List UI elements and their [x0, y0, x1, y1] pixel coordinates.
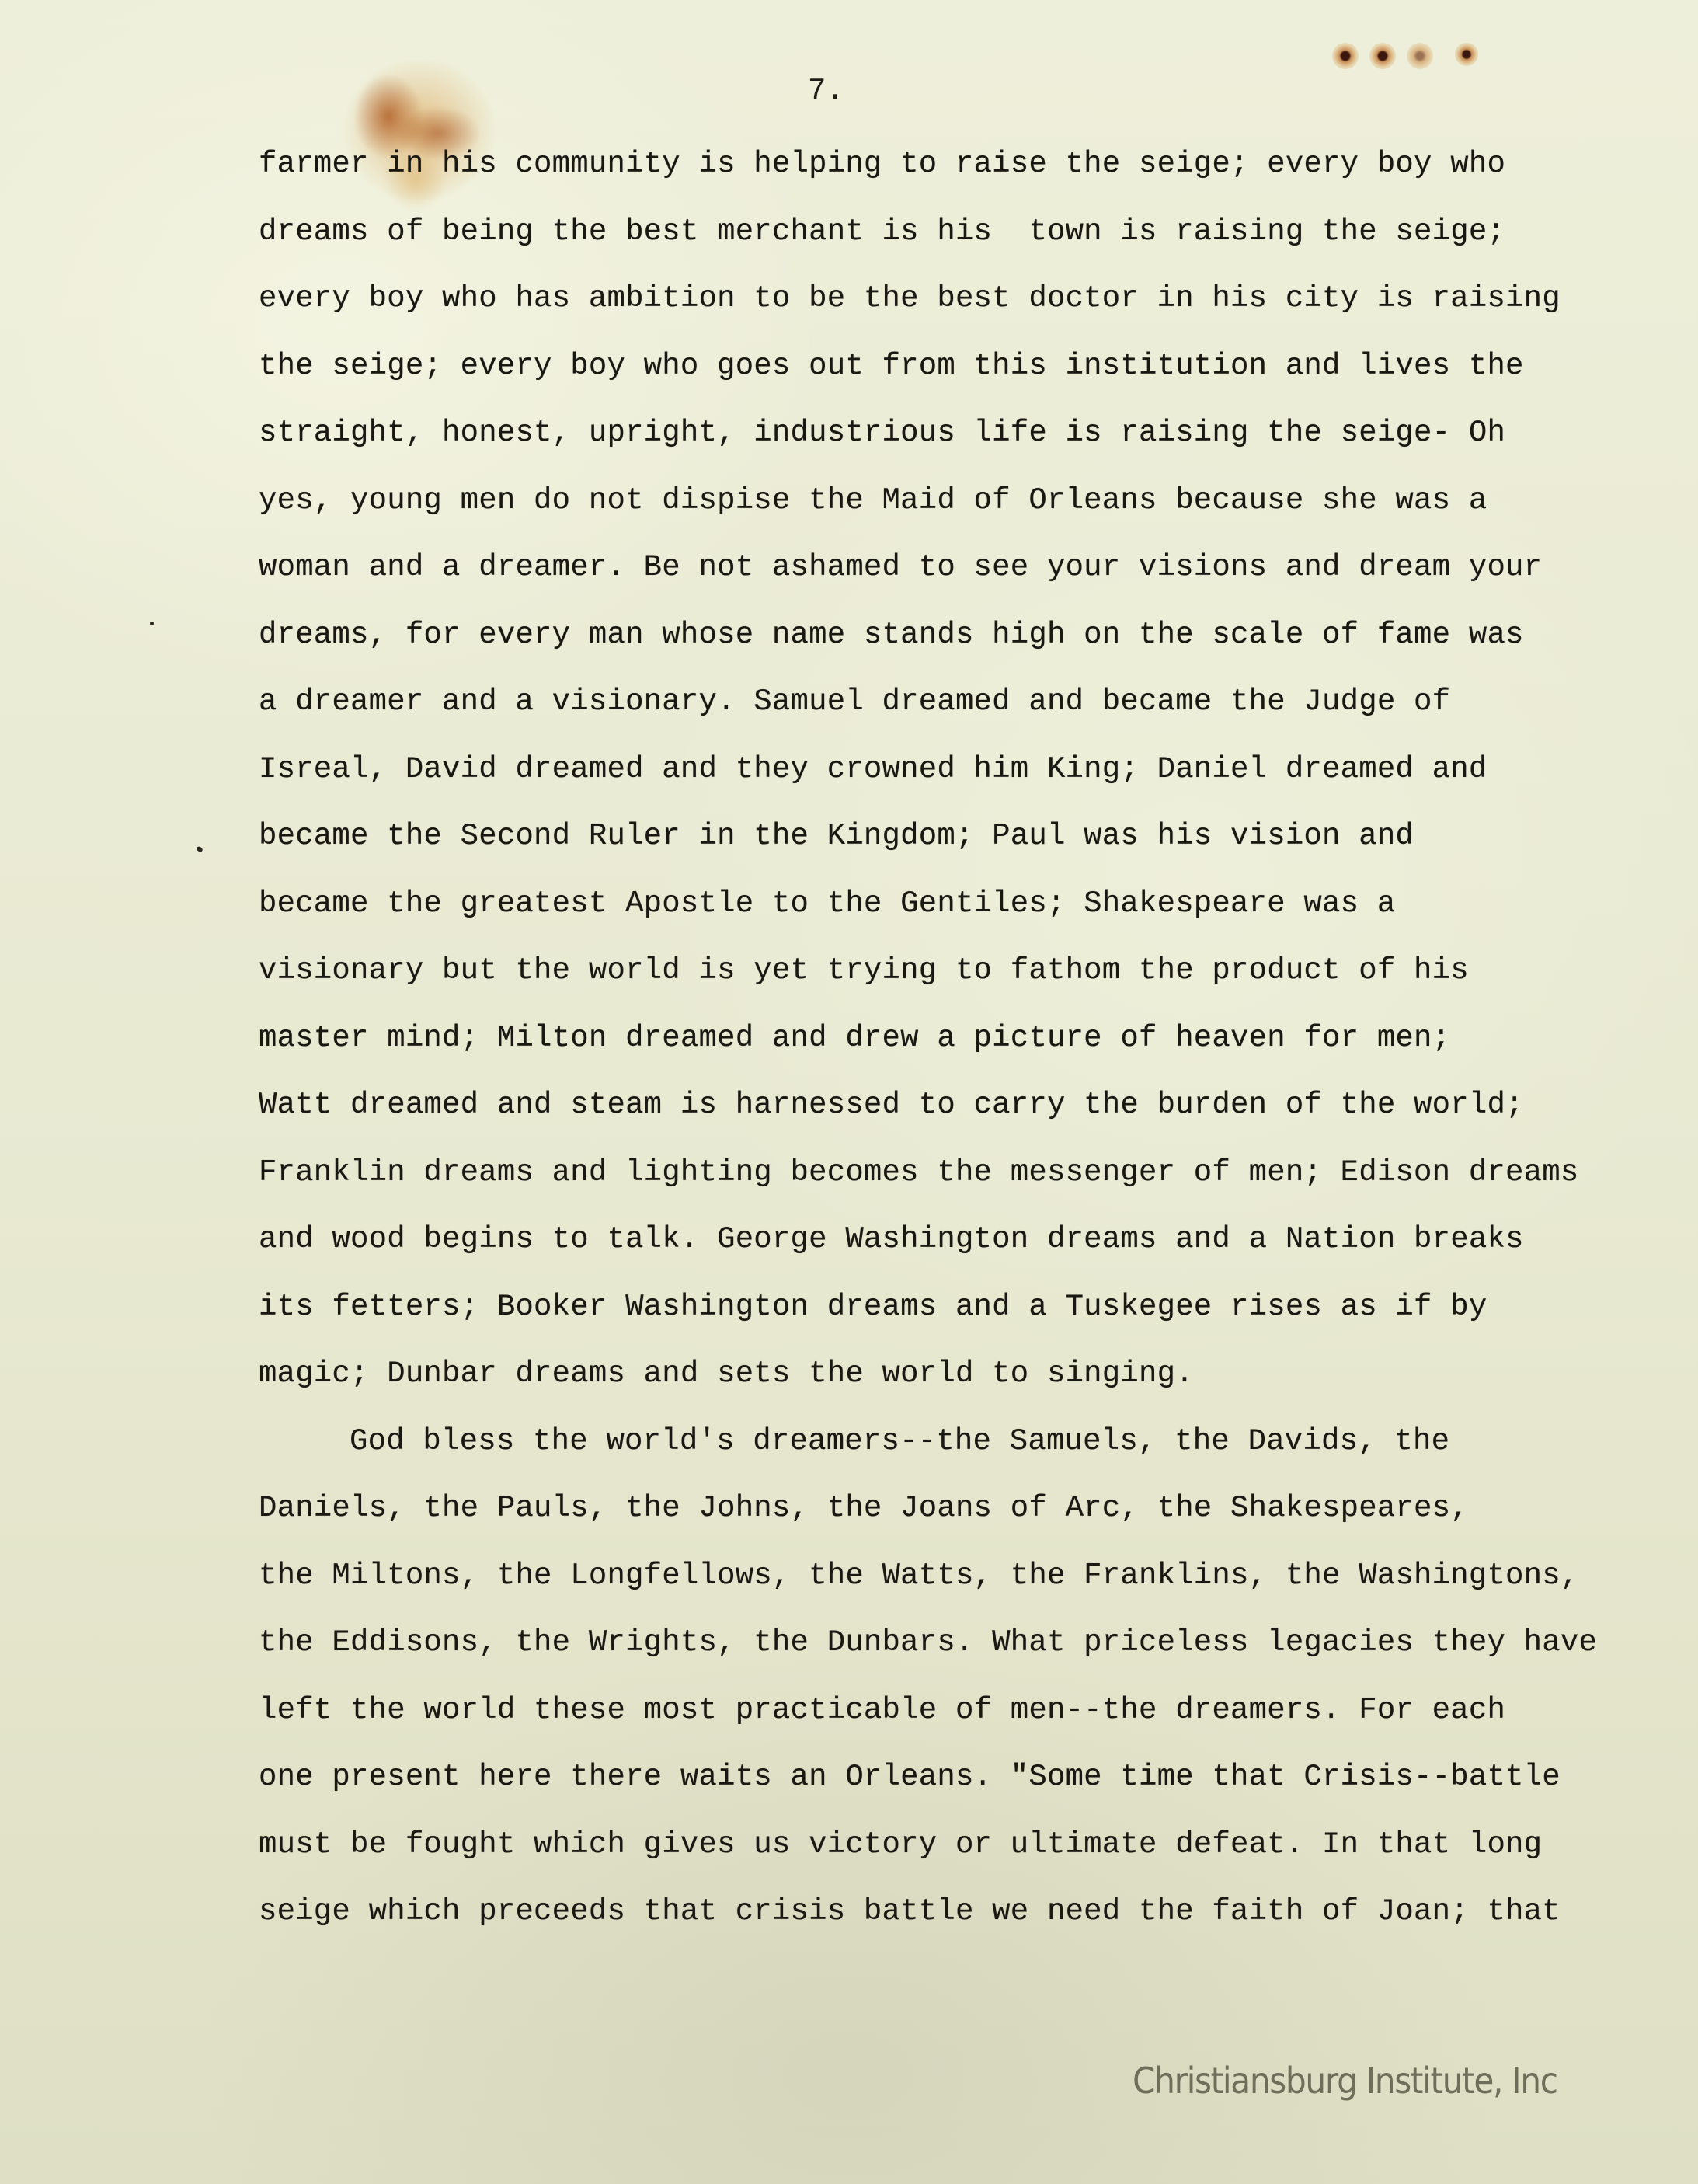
text-line: seige which preceeds that crisis battle … [259, 1892, 1680, 1959]
text-line: and wood begins to talk. George Washingt… [259, 1220, 1680, 1287]
text-line: yes, young men do not dispise the Maid o… [259, 481, 1680, 549]
text-line: dreams, for every man whose name stands … [259, 615, 1680, 683]
text-line: must be fought which gives us victory or… [259, 1825, 1680, 1893]
text-line-indented: God bless the world's dreamers--the Samu… [259, 1422, 1680, 1489]
text-line: the seige; every boy who goes out from t… [259, 347, 1680, 414]
text-line: became the greatest Apostle to the Genti… [259, 884, 1680, 952]
text-line: farmer in his community is helping to ra… [259, 145, 1680, 212]
text-line: the Eddisons, the Wrights, the Dunbars. … [259, 1623, 1680, 1691]
text-line: one present here there waits an Orleans.… [259, 1757, 1680, 1825]
staple-hole-icon [1332, 43, 1359, 69]
text-line: its fetters; Booker Washington dreams an… [259, 1287, 1680, 1355]
text-line: master mind; Milton dreamed and drew a p… [259, 1019, 1680, 1086]
document-page: 7. farmer in his community is helping to… [0, 0, 1698, 2184]
paper-speck [150, 622, 154, 625]
text-line: Franklin dreams and lighting becomes the… [259, 1153, 1680, 1221]
text-line: became the Second Ruler in the Kingdom; … [259, 817, 1680, 884]
text-line: woman and a dreamer. Be not ashamed to s… [259, 548, 1680, 615]
paper-speck [196, 845, 204, 853]
typed-body-text: farmer in his community is helping to ra… [259, 145, 1680, 1959]
text-line: magic; Dunbar dreams and sets the world … [259, 1354, 1680, 1422]
watermark-text: Christiansburg Institute, Inc [1133, 2057, 1557, 2104]
text-line: Isreal, David dreamed and they crowned h… [259, 750, 1680, 817]
page-number: 7. [808, 71, 844, 110]
staple-hole-icon [1407, 43, 1433, 69]
staple-hole-icon [1369, 43, 1396, 69]
text-line: straight, honest, upright, industrious l… [259, 413, 1680, 481]
text-line: Daniels, the Pauls, the Johns, the Joans… [259, 1489, 1680, 1556]
staple-holes [1332, 43, 1478, 69]
text-line: Watt dreamed and steam is harnessed to c… [259, 1085, 1680, 1153]
text-line: the Miltons, the Longfellows, the Watts,… [259, 1556, 1680, 1624]
text-line: every boy who has ambition to be the bes… [259, 279, 1680, 347]
text-line: visionary but the world is yet trying to… [259, 951, 1680, 1019]
text-line: left the world these most practicable of… [259, 1691, 1680, 1758]
text-line: a dreamer and a visionary. Samuel dreame… [259, 682, 1680, 750]
staple-hole-icon [1455, 43, 1478, 66]
text-line: dreams of being the best merchant is his… [259, 212, 1680, 280]
